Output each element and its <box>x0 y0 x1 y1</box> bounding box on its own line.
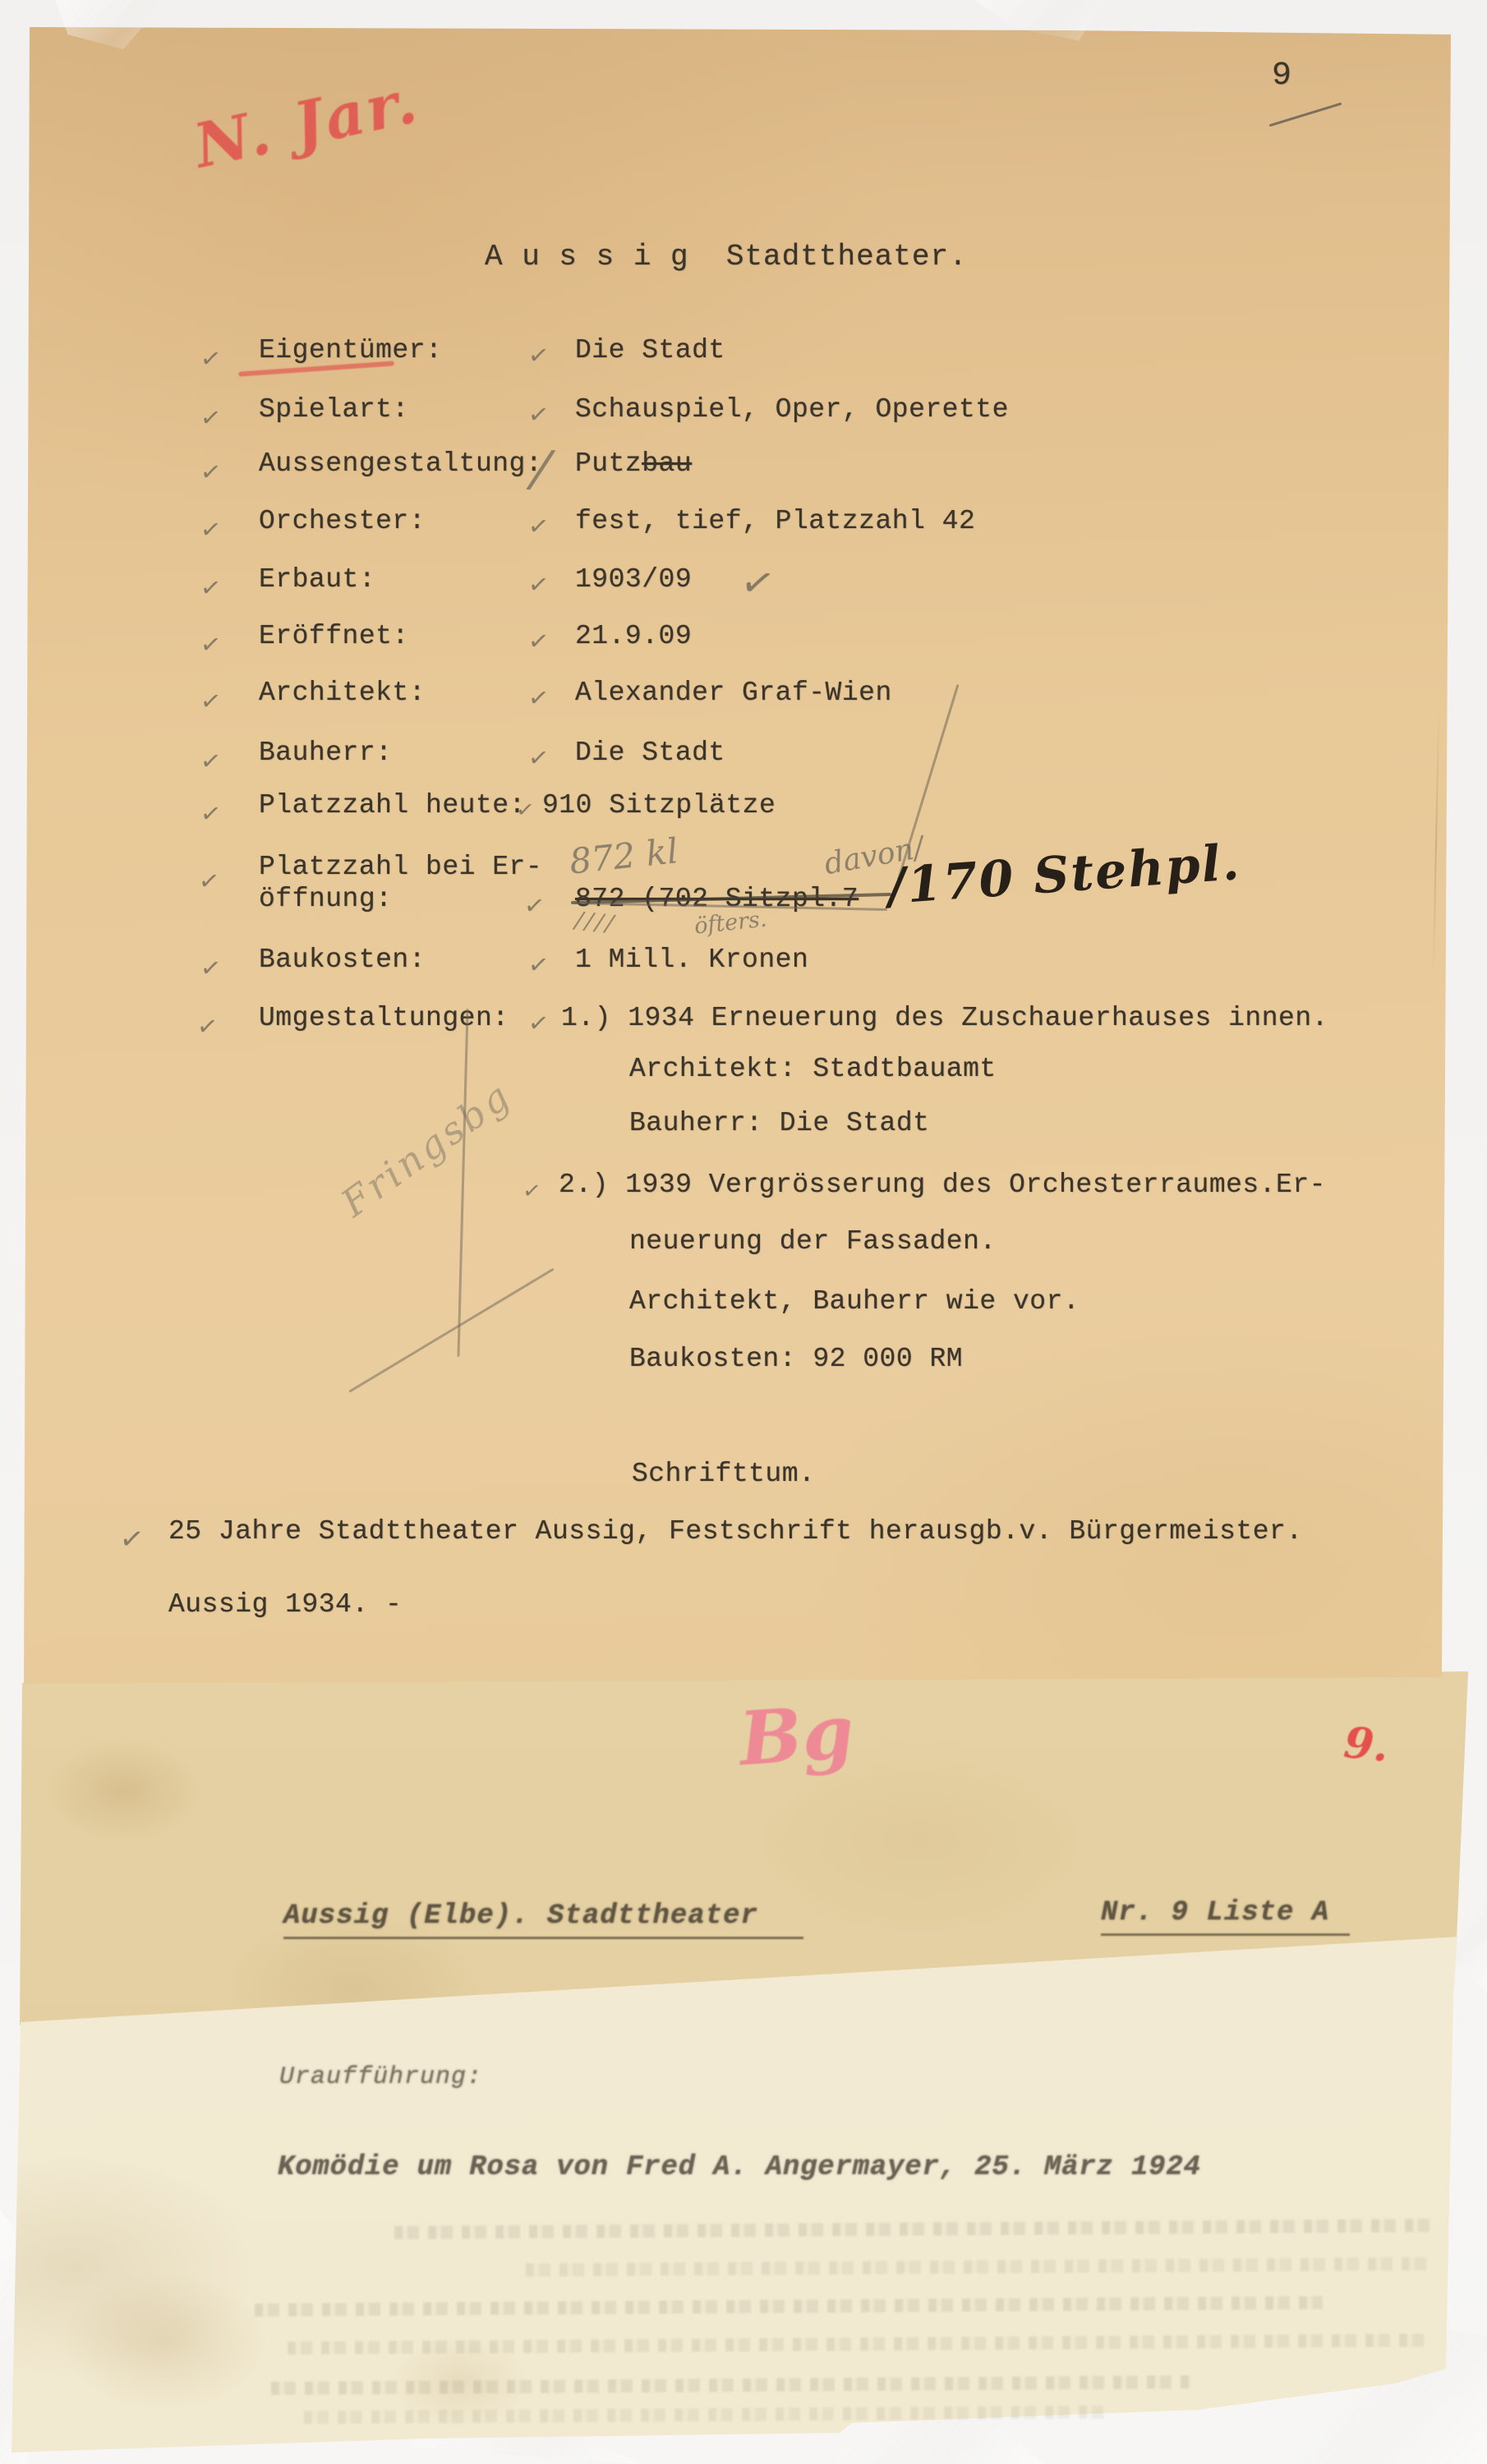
field-label: Aussengestaltung: <box>259 448 542 479</box>
field-value: 910 Sitzplätze <box>542 790 776 821</box>
field-value: Putzbau <box>575 448 692 479</box>
field-value-kept: Putz <box>575 448 642 479</box>
renovation-detail: neuerung der Fassaden. <box>629 1226 997 1257</box>
red-crayon-number: 9. <box>1342 1717 1391 1772</box>
field-value: Alexander Graf-Wien <box>575 678 892 708</box>
field-label: Eröffnet: <box>259 621 409 651</box>
renovation-detail: Architekt, Bauherr wie vor. <box>629 1286 1080 1317</box>
renovation-item: 1.) 1934 Erneuerung des Zuschauerhauses … <box>561 1003 1328 1033</box>
section-heading: Schrifttum. <box>632 1459 815 1489</box>
document-title: A u s s i g Stadttheater. <box>485 240 968 274</box>
field-label: Architekt: <box>259 678 426 708</box>
renovation-item: 2.) 1939 Vergrösserung des Orchesterraum… <box>559 1170 1326 1200</box>
field-label: Bauherr: <box>259 738 392 768</box>
field-label: Spielart: <box>259 394 409 425</box>
literature-line: Aussig 1934. - <box>168 1589 402 1620</box>
field-label: Eigentümer: <box>259 335 442 365</box>
page-number: 9 <box>1272 57 1292 94</box>
field-value: Schauspiel, Oper, Operette <box>575 394 1009 425</box>
field-label: Platzzahl bei Er- <box>259 852 542 882</box>
red-crayon-initials: Bg <box>736 1688 856 1782</box>
renovation-detail: Baukosten: 92 000 RM <box>629 1344 963 1374</box>
lower-heading-left: Aussig (Elbe). Stadttheater <box>283 1901 803 1939</box>
renovation-detail: Architekt: Stadtbauamt <box>629 1054 997 1084</box>
premiere-label: Uraufführung: <box>279 2063 482 2091</box>
field-label: öffnung: <box>259 884 392 914</box>
premiere-line: Komödie um Rosa von Fred A. Angermayer, … <box>278 2152 1201 2183</box>
literature-line: 25 Jahre Stadttheater Aussig, Festschrif… <box>168 1516 1303 1547</box>
field-value: 1 Mill. Kronen <box>575 945 808 975</box>
field-label: Orchester: <box>259 506 426 536</box>
field-label: Platzzahl heute: <box>259 790 526 821</box>
field-value: Die Stadt <box>575 335 725 365</box>
field-value: 21.9.09 <box>575 621 692 651</box>
lower-heading-right: Nr. 9 Liste A <box>1101 1897 1350 1936</box>
field-value: fest, tief, Platzzahl 42 <box>575 506 975 536</box>
field-value: 1903/09 <box>575 564 692 595</box>
field-value: Die Stadt <box>575 738 725 768</box>
pencil-tick-marks: //// <box>573 906 617 937</box>
renovation-detail: Bauherr: Die Stadt <box>629 1108 929 1138</box>
field-label: Erbaut: <box>259 564 375 595</box>
field-label: Baukosten: <box>259 945 426 975</box>
paper-crease <box>1433 708 1440 979</box>
struck-text: bau <box>642 448 692 479</box>
field-label: Umgestaltungen: <box>259 1003 509 1033</box>
